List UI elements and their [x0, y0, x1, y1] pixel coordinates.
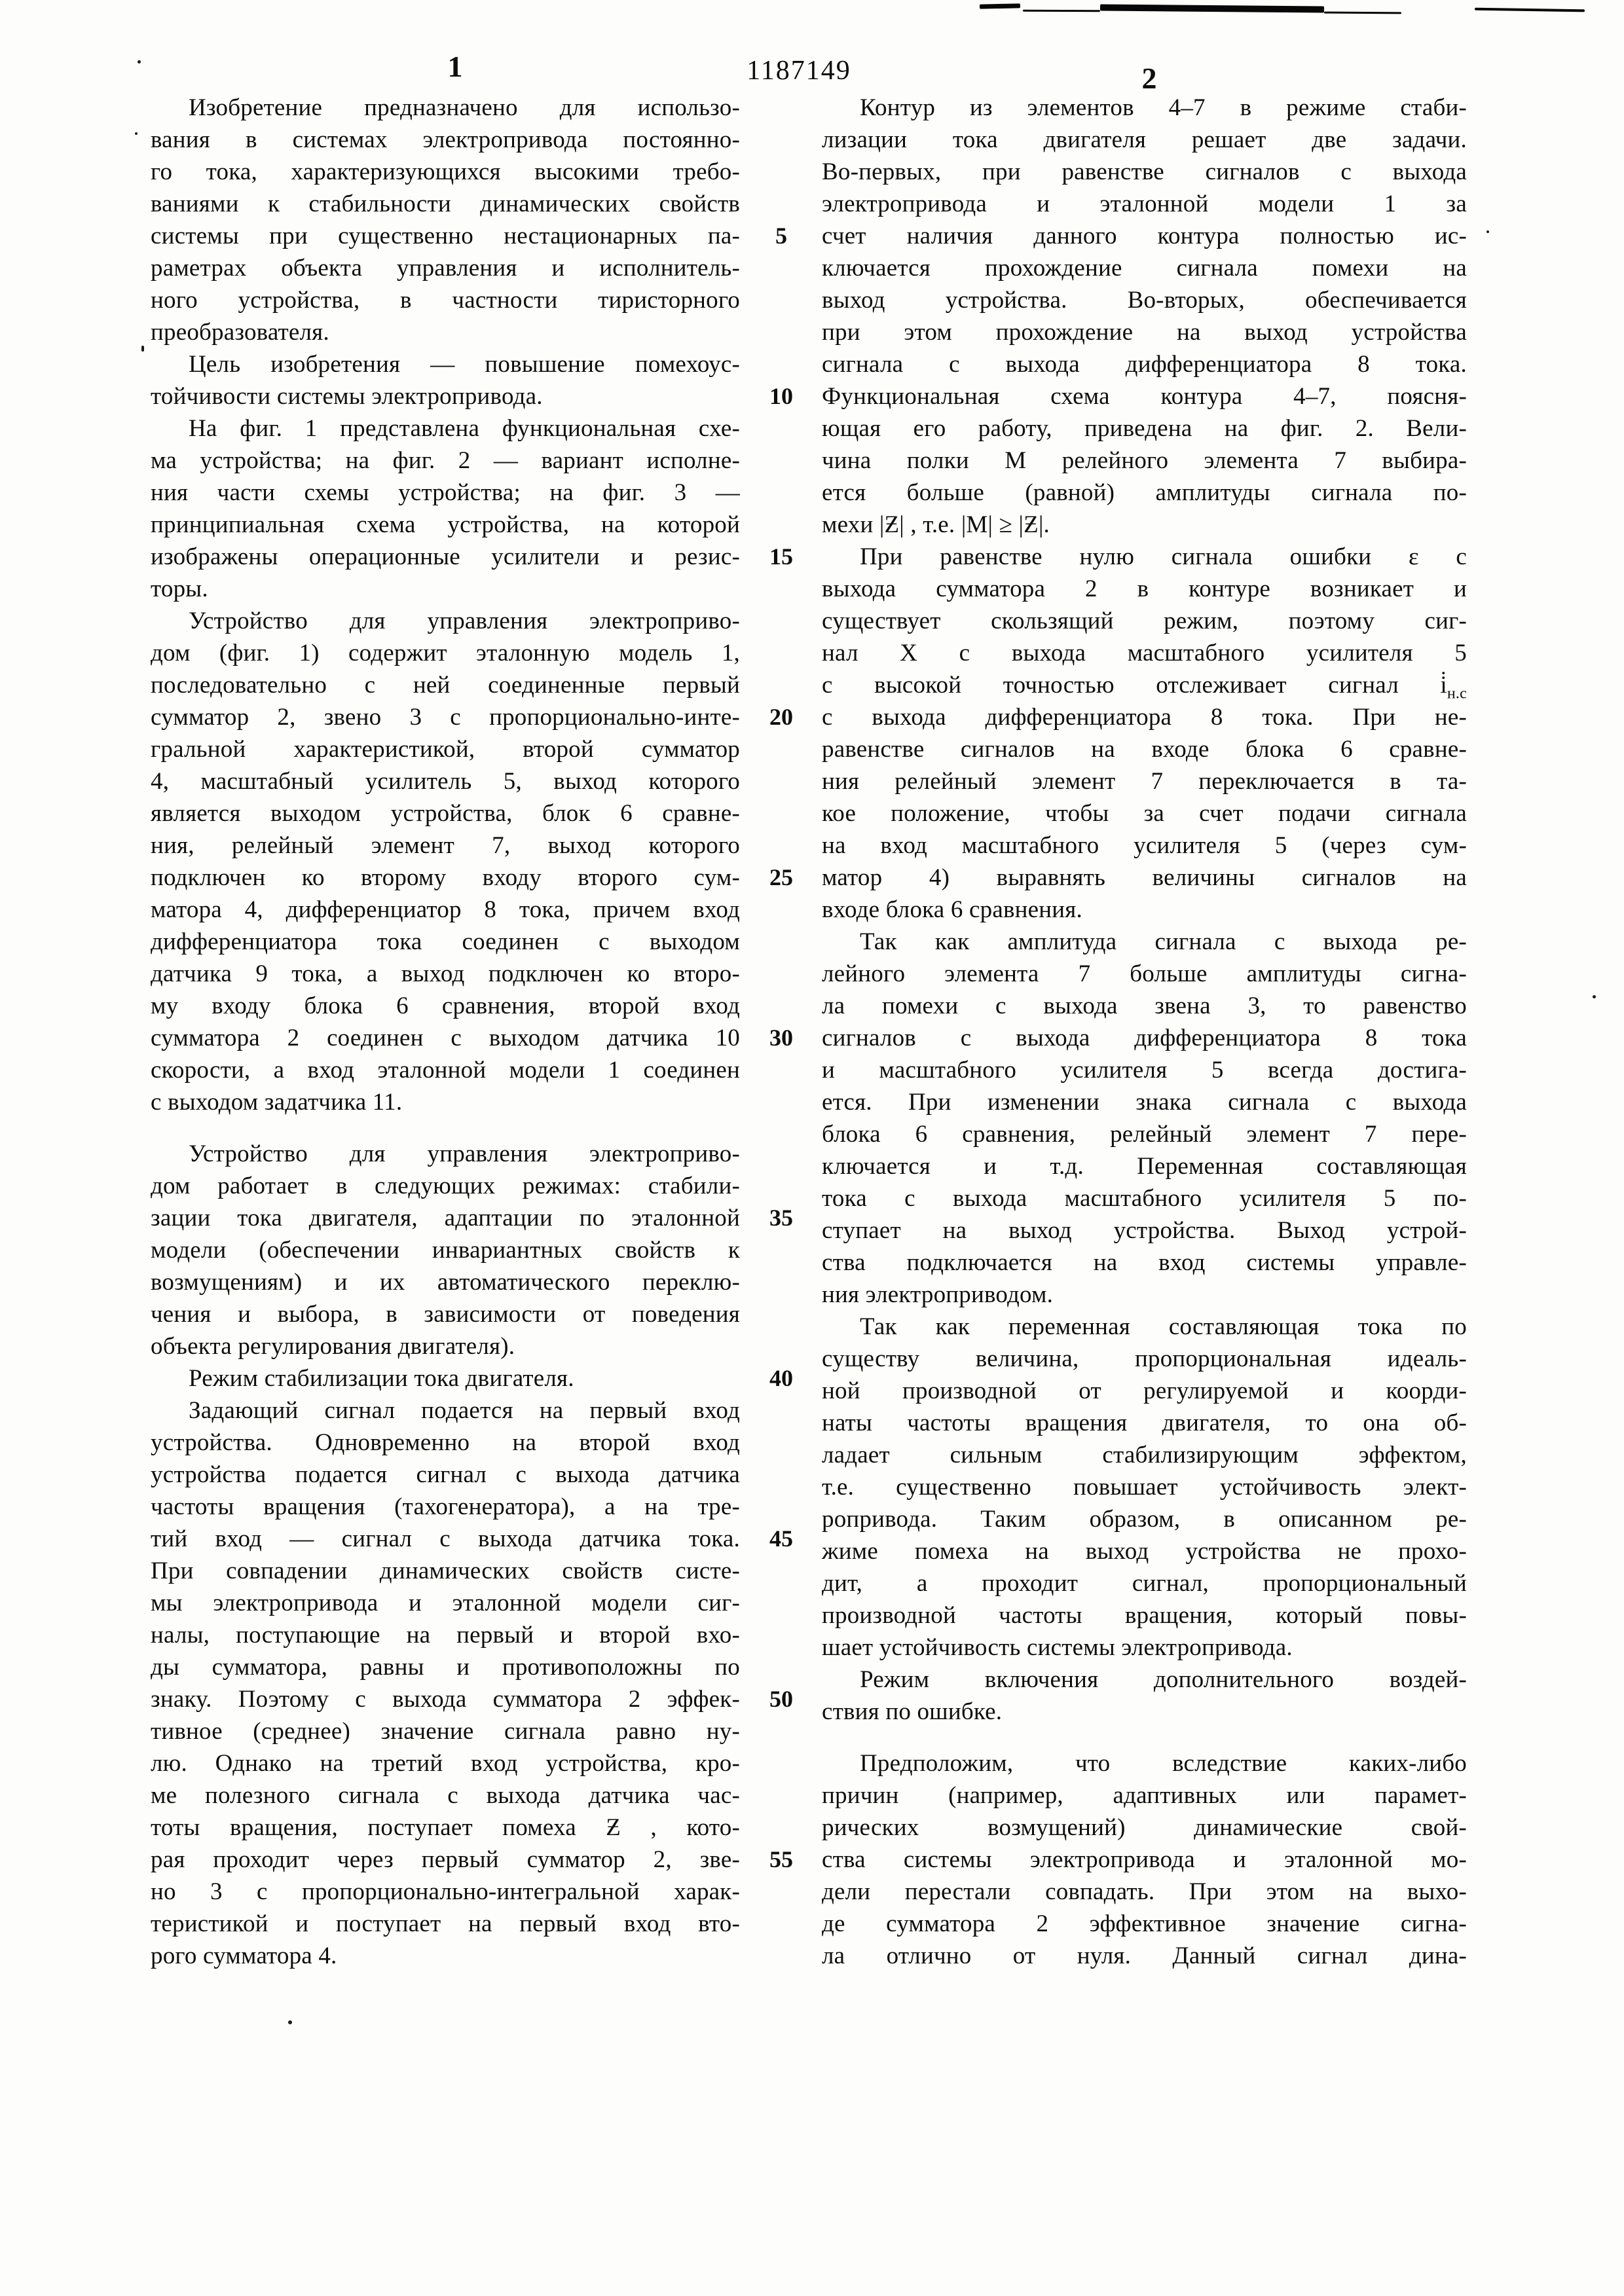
text-line: тока с выхода масштабного усилителя 5 по… — [822, 1182, 1467, 1214]
text-line: теристикой и поступает на первый вход вт… — [151, 1908, 740, 1940]
text-line: скорости, а вход эталонной модели 1 соед… — [151, 1054, 740, 1086]
text-line: Устройство для управления электроприво- — [151, 1138, 740, 1170]
text-line: зации тока двигателя, адаптации по этало… — [151, 1202, 740, 1234]
line-number: 35 — [739, 1202, 824, 1234]
text-line: ключается и т.д. Переменная составляющая — [822, 1150, 1467, 1182]
text-line: дит, а проходит сигнал, пропорциональный — [822, 1567, 1467, 1599]
text-line: налы, поступающие на первый и второй вхо… — [151, 1619, 740, 1651]
text-line: ющая его работу, приведена на фиг. 2. Ве… — [822, 412, 1467, 445]
text-line: последовательно с ней соединенные первый — [151, 669, 740, 701]
text-line: знаку. Поэтому с выхода сумматора 2 эффе… — [151, 1683, 740, 1715]
scan-speck — [135, 132, 138, 135]
line-number: 55 — [739, 1844, 824, 1876]
text-line: кое положение, чтобы за счет подачи сигн… — [822, 797, 1467, 829]
text-line: ме полезного сигнала с выхода датчика ча… — [151, 1779, 740, 1812]
text-line: де сумматора 2 эффективное значение сигн… — [822, 1908, 1467, 1940]
text-line: ствия по ошибке. — [822, 1696, 1467, 1728]
text-line: системы при существенно нестационарных п… — [151, 220, 740, 252]
text-line: Функциональная схема контура 4–7, поясня… — [822, 380, 1467, 412]
patent-number: 1187149 — [668, 52, 930, 89]
text-line: тивное (среднее) значение сигнала равно … — [151, 1715, 740, 1747]
text-line: матор 4) выравнять величины сигналов на — [822, 862, 1467, 894]
text-line: 4, масштабный усилитель 5, выход которог… — [151, 765, 740, 797]
text-line: сумматор 2, звено 3 с пропорционально-ин… — [151, 701, 740, 733]
text-line: устройства. Одновременно на второй вход — [151, 1427, 740, 1459]
text-line: существует скользящий режим, поэтому сиг… — [822, 605, 1467, 637]
text-line: частоты вращения (тахогенератора), а на … — [151, 1491, 740, 1523]
text-line: ства системы электропривода и эталонной … — [822, 1844, 1467, 1876]
text-line: матора 4, дифференциатор 8 тока, причем … — [151, 894, 740, 926]
line-number: 15 — [739, 541, 824, 573]
text-line: с высокой точностью отслеживает сигнал i… — [822, 669, 1467, 701]
text-line: счет наличия данного контура полностью и… — [822, 220, 1467, 252]
left-column: Изобретение предназначено для использо-в… — [151, 92, 740, 1972]
text-line: но 3 с пропорционально-интегральной хара… — [151, 1876, 740, 1908]
text-line: торы. — [151, 573, 740, 605]
text-line: дом работает в следующих режимах: стабил… — [151, 1170, 740, 1202]
text-line: Цель изобретения — повышение помехоус- — [151, 348, 740, 380]
line-number: 20 — [739, 701, 824, 733]
text-line: При равенстве нулю сигнала ошибки ε с — [822, 541, 1467, 573]
text-line: сигнала с выхода дифференциатора 8 тока. — [822, 348, 1467, 380]
text-line: жиме помеха на выход устройства не прохо… — [822, 1535, 1467, 1567]
text-line: дифференциатора тока соединен с выходом — [151, 926, 740, 958]
line-number: 5 — [739, 220, 824, 252]
text-line: Устройство для управления электроприво- — [151, 605, 740, 637]
text-line: На фиг. 1 представлена функциональная сх… — [151, 412, 740, 445]
line-number: 10 — [739, 380, 824, 412]
text-line: причин (например, адаптивных или парамет… — [822, 1779, 1467, 1812]
text-line: рических возмущений) динамические свой- — [822, 1812, 1467, 1844]
text-line: ключается прохождение сигнала помехи на — [822, 252, 1467, 284]
text-line: дели перестали совпадать. При этом на вы… — [822, 1876, 1467, 1908]
text-line: ства подключается на вход системы управл… — [822, 1247, 1467, 1279]
text-line: наты частоты вращения двигателя, то она … — [822, 1407, 1467, 1439]
text-line: Так как амплитуда сигнала с выхода ре- — [822, 926, 1467, 958]
text-line: ступает на выход устройства. Выход устро… — [822, 1214, 1467, 1247]
text-line: ния электроприводом. — [822, 1279, 1467, 1311]
text-line: шает устойчивость системы электропривода… — [822, 1631, 1467, 1664]
text-line: чения и выбора, в зависимости от поведен… — [151, 1298, 740, 1330]
text-line: устройства подается сигнал с выхода датч… — [151, 1459, 740, 1491]
scan-speck — [1486, 230, 1489, 233]
text-line: ется больше (равной) амплитуды сигнала п… — [822, 477, 1467, 509]
text-line: с выхода дифференциатора 8 тока. При не- — [822, 701, 1467, 733]
text-line: нал Х с выхода масштабного усилителя 5 — [822, 637, 1467, 669]
scan-artifact — [1324, 12, 1401, 14]
text-line: с выходом задатчика 11. — [151, 1086, 740, 1118]
text-line: подключен ко второму входу второго сум- — [151, 862, 740, 894]
text-line: При совпадении динамических свойств сист… — [151, 1555, 740, 1587]
scan-artifact — [980, 3, 1020, 9]
text-line: ной производной от регулируемой и коорди… — [822, 1375, 1467, 1407]
text-line: сигналов с выхода дифференциатора 8 тока — [822, 1022, 1467, 1054]
text-line: на вход масштабного усилителя 5 (через с… — [822, 829, 1467, 862]
text-line: датчика 9 тока, а выход подключен ко вто… — [151, 958, 740, 990]
line-number: 40 — [739, 1362, 824, 1394]
text-line: мехи |Ƶ| , т.е. |М| ≥ |Ƶ|. — [822, 509, 1467, 541]
text-line: ния части схемы устройства; на фиг. 3 — — [151, 477, 740, 509]
text-line: производной частоты вращения, который по… — [822, 1599, 1467, 1631]
text-line: вания в системах электропривода постоянн… — [151, 124, 740, 156]
text-line: ния релейный элемент 7 переключается в т… — [822, 765, 1467, 797]
text-line: выхода сумматора 2 в контуре возникает и — [822, 573, 1467, 605]
text-line: существу величина, пропорциональная идеа… — [822, 1343, 1467, 1375]
text-line: Так как переменная составляющая тока по — [822, 1311, 1467, 1343]
line-number: 25 — [739, 862, 824, 894]
text-line: тий вход — сигнал с выхода датчика тока. — [151, 1523, 740, 1555]
scan-speck — [141, 346, 144, 352]
text-line: возмущениям) и их автоматического перекл… — [151, 1266, 740, 1298]
text-line: блока 6 сравнения, релейный элемент 7 пе… — [822, 1118, 1467, 1150]
line-number: 50 — [739, 1683, 824, 1715]
text-line: му входу блока 6 сравнения, второй вход — [151, 990, 740, 1022]
text-line: мы электропривода и эталонной модели сиг… — [151, 1587, 740, 1619]
text-line: ного устройства, в частности тиристорног… — [151, 284, 740, 316]
text-line: при этом прохождение на выход устройства — [822, 316, 1467, 348]
text-line: чина полки М релейного элемента 7 выбира… — [822, 445, 1467, 477]
text-line: преобразователя. — [151, 316, 740, 348]
text-line: ладает сильным стабилизирующим эффектом, — [822, 1439, 1467, 1471]
line-number: 45 — [739, 1523, 824, 1555]
text-line: т.е. существенно повышает устойчивость э… — [822, 1471, 1467, 1503]
text-line: лейного элемента 7 больше амплитуды сигн… — [822, 958, 1467, 990]
scan-artifact — [1100, 5, 1324, 13]
scan-artifact — [1023, 10, 1100, 12]
text-line: выход устройства. Во-вторых, обеспечивае… — [822, 284, 1467, 316]
text-line: дом (фиг. 1) содержит эталонную модель 1… — [151, 637, 740, 669]
text-line: сумматора 2 соединен с выходом датчика 1… — [151, 1022, 740, 1054]
column-number-left: 1 — [422, 48, 488, 85]
text-line: гральной характеристикой, второй суммато… — [151, 733, 740, 765]
text-line: модели (обеспечении инвариантных свойств… — [151, 1234, 740, 1266]
text-line: изображены операционные усилители и рези… — [151, 541, 740, 573]
text-line: раметрах объекта управления и исполнител… — [151, 252, 740, 284]
text-line: равенстве сигналов на входе блока 6 срав… — [822, 733, 1467, 765]
text-line: Предположим, что вследствие каких-либо — [822, 1747, 1467, 1779]
line-number: 30 — [739, 1022, 824, 1054]
text-line: рого сумматора 4. — [151, 1940, 740, 1972]
text-line: электропривода и эталонной модели 1 за — [822, 188, 1467, 220]
text-line: лизации тока двигателя решает две задачи… — [822, 124, 1467, 156]
scan-speck — [288, 2020, 292, 2024]
text-line: и масштабного усилителя 5 всегда достига… — [822, 1054, 1467, 1086]
text-line: объекта регулирования двигателя). — [151, 1330, 740, 1362]
text-line: ваниями к стабильности динамических свой… — [151, 188, 740, 220]
text-line: входе блока 6 сравнения. — [822, 894, 1467, 926]
text-line: принципиальная схема устройства, на кото… — [151, 509, 740, 541]
text-line: го тока, характеризующихся высокими треб… — [151, 156, 740, 188]
text-line: ды сумматора, равны и противоположны по — [151, 1651, 740, 1683]
text-line: является выходом устройства, блок 6 срав… — [151, 797, 740, 829]
patent-page: 1 1187149 2 Изобретение предназначено дл… — [0, 0, 1624, 2296]
text-line: лю. Однако на третий вход устройства, кр… — [151, 1747, 740, 1779]
line-number-gutter: 510152025303540455055 — [739, 92, 824, 2056]
text-line: ния, релейный элемент 7, выход которого — [151, 829, 740, 862]
text-line: Контур из элементов 4–7 в режиме стаби- — [822, 92, 1467, 124]
scan-speck — [138, 60, 141, 64]
text-line: ла помехи с выхода звена 3, то равенство — [822, 990, 1467, 1022]
text-line: ропривода. Таким образом, в описанном ре… — [822, 1503, 1467, 1535]
text-line: ма устройства; на фиг. 2 — вариант испол… — [151, 445, 740, 477]
text-line: Изобретение предназначено для использо- — [151, 92, 740, 124]
text-line: тойчивости системы электропривода. — [151, 380, 740, 412]
right-column: Контур из элементов 4–7 в режиме стаби-л… — [822, 92, 1467, 1972]
scan-artifact — [1475, 8, 1585, 12]
text-line: Во-первых, при равенстве сигналов с выхо… — [822, 156, 1467, 188]
text-line: Режим стабилизации тока двигателя. — [151, 1362, 740, 1394]
text-line: ется. При изменении знака сигнала с выхо… — [822, 1086, 1467, 1118]
text-line: ла отлично от нуля. Данный сигнал дина- — [822, 1940, 1467, 1972]
scan-speck — [1593, 995, 1596, 998]
text-line: Режим включения дополнительного воздей- — [822, 1664, 1467, 1696]
text-line: тоты вращения, поступает помеха Ƶ , кото… — [151, 1812, 740, 1844]
text-line: Задающий сигнал подается на первый вход — [151, 1394, 740, 1427]
text-line: рая проходит через первый сумматор 2, зв… — [151, 1844, 740, 1876]
